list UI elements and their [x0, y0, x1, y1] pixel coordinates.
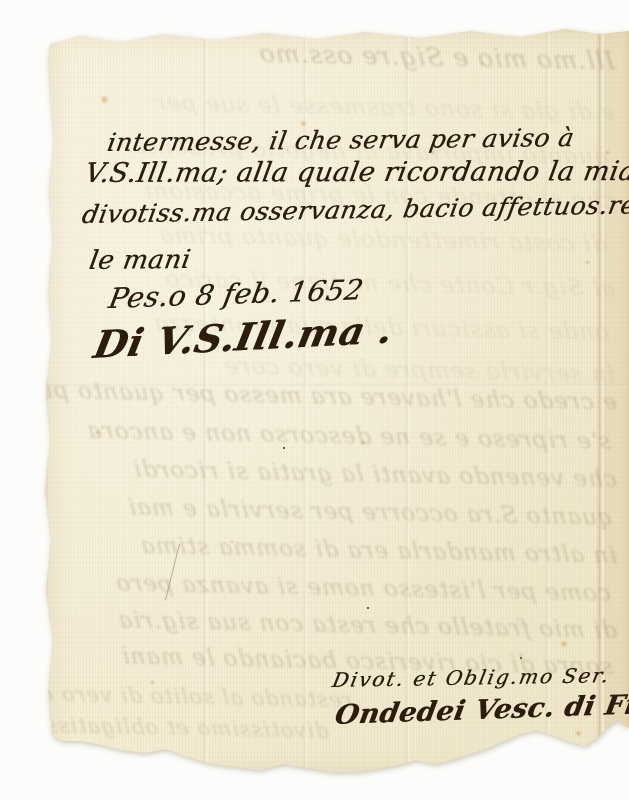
signature-line-2: Ondedei Vesc. di Frejus	[332, 687, 629, 731]
foxing-spot	[575, 730, 582, 737]
bleedthrough-line: s'e ripreso e se ne descorso non e ancor…	[48, 417, 613, 455]
handwriting-line-2: V.S.Ill.ma; alla quale ricordando la mia	[83, 156, 629, 189]
bleedthrough-line: Ill.mo mio e Sig.re oss.mo	[192, 38, 617, 76]
signature-line-1: Divot. et Oblig.mo Ser.	[330, 663, 612, 692]
bleedthrough-line: che venendo avanti la gratia si ricordi	[54, 455, 619, 493]
bleedthrough-line: di mio fratello che resta con sua sig.ri…	[54, 606, 619, 644]
foxing-spot	[585, 260, 590, 265]
bleedthrough-line: in altro mandarla era di somma stima	[54, 531, 619, 569]
scan-background: Ill.mo mio e Sig.re oss.mo e di gia si s…	[0, 0, 629, 800]
handwriting-line-1: intermesse, il che serva per aviso à	[105, 123, 576, 157]
letter-paper: Ill.mo mio e Sig.re oss.mo e di gia si s…	[44, 28, 629, 778]
bleedthrough-line: e di gia si sono trasmesse le sue per	[52, 88, 617, 126]
handwriting-line-4: le mani	[87, 245, 193, 276]
bleedthrough-line: come per l'istesso nome si avanza pero	[48, 569, 613, 607]
bleedthrough-line: quanto S.ra occorre per servirla e mai	[50, 493, 615, 531]
bleedthrough-line: divotissimo et obligatissimo servo	[46, 713, 330, 743]
ink-speck	[367, 607, 369, 609]
letter-paper-wrap: Ill.mo mio e Sig.re oss.mo e di gia si s…	[44, 28, 629, 778]
bleedthrough-line: restando al solito di vero core	[50, 682, 354, 712]
